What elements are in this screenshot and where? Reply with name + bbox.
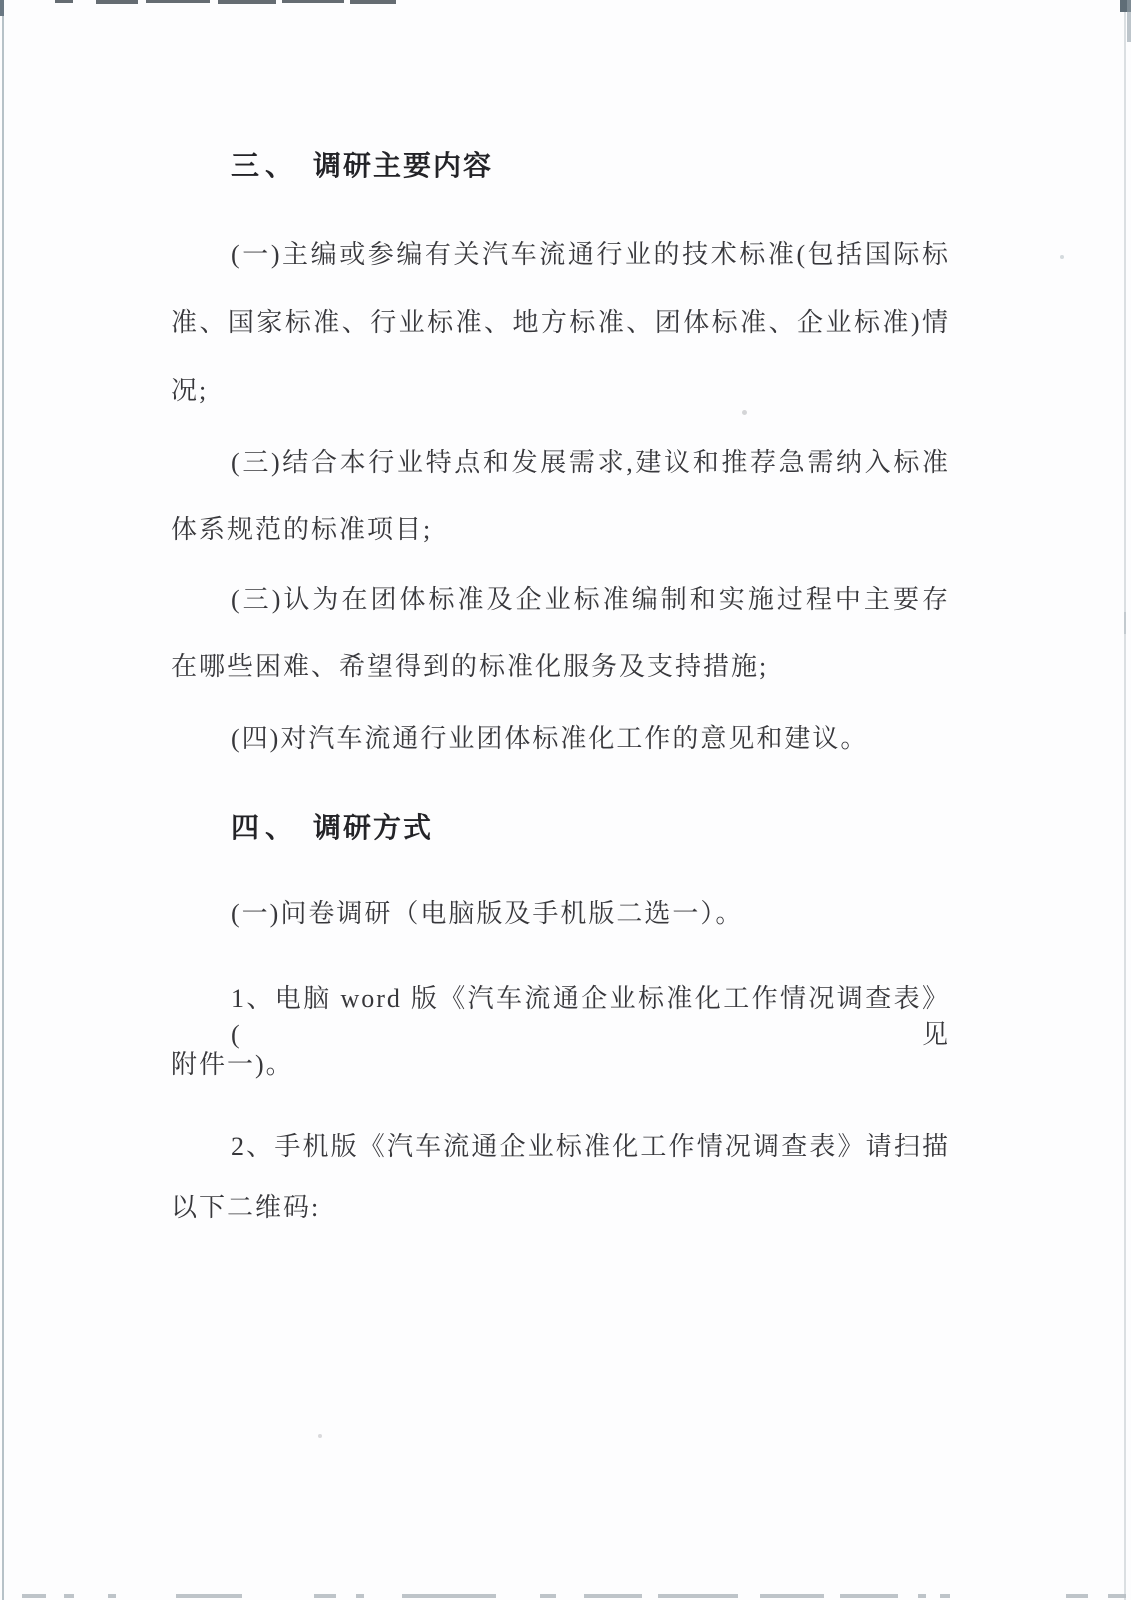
scan-artifact-bottom-fragment <box>840 1594 898 1598</box>
scan-artifact-top-fragment <box>96 0 138 4</box>
paragraph-line: 况; <box>171 373 950 409</box>
scan-artifact-bottom-fragment <box>64 1594 74 1598</box>
paragraph-line: 准、国家标准、行业标准、地方标准、团体标准、企业标准)情 <box>171 305 950 341</box>
scan-artifact-top-fragment <box>218 0 276 4</box>
scan-artifact-bottom-fragment <box>584 1594 642 1598</box>
scan-artifact-top-fragment <box>350 0 396 4</box>
scan-artifact-speck <box>318 1434 322 1438</box>
heading-number: 四、 <box>231 813 299 844</box>
scan-artifact-bottom-fragment <box>356 1594 364 1598</box>
scan-artifact-left-corner-mark <box>0 0 4 16</box>
paragraph-line: 在哪些困难、希望得到的标准化服务及支持措施; <box>171 649 950 685</box>
scan-artifact-top-fragment <box>146 0 210 3</box>
paragraph-line: 1、电脑 word 版《汽车流通企业标准化工作情况调查表》(见 <box>231 981 950 1053</box>
scan-artifact-bottom-fragment <box>108 1594 116 1598</box>
paragraph-line: 附件一)。 <box>171 1047 950 1083</box>
paragraph-line: (三)结合本行业特点和发展需求,建议和推荐急需纳入标准 <box>231 445 950 481</box>
document-page: 三、调研主要内容 (一)主编或参编有关汽车流通行业的技术标准(包括国际标 准、国… <box>0 0 1131 1600</box>
scan-artifact-bottom-fragment <box>314 1594 336 1598</box>
paragraph-line: (一)主编或参编有关汽车流通行业的技术标准(包括国际标 <box>231 237 950 273</box>
scan-artifact-right-edge-line <box>1124 0 1126 1600</box>
paragraph-line: (三)认为在团体标准及企业标准编制和实施过程中主要存 <box>231 582 950 618</box>
scan-artifact-bottom-fragment <box>658 1594 738 1598</box>
scan-artifact-bottom-fragment <box>1066 1594 1088 1598</box>
scan-artifact-top-fragment <box>282 0 344 3</box>
scan-artifact-top-fragment <box>55 0 73 3</box>
paragraph-line: 体系规范的标准项目; <box>171 512 950 548</box>
paragraph-line: (一)问卷调研（电脑版及手机版二选一）。 <box>231 896 950 932</box>
scan-artifact-bottom-fragment <box>540 1594 556 1598</box>
heading-title: 调研方式 <box>313 813 433 844</box>
scan-artifact-bottom-fragment <box>918 1594 926 1598</box>
heading-number: 三、 <box>231 151 299 182</box>
scan-artifact-speck <box>742 410 747 415</box>
paragraph-line: 以下二维码: <box>171 1190 950 1226</box>
scan-artifact-right-edge-segment <box>1124 612 1126 634</box>
scan-artifact-bottom-fragment <box>176 1594 242 1598</box>
scan-artifact-bottom-fragment <box>402 1594 496 1598</box>
scan-artifact-top-right-line <box>1127 0 1131 42</box>
scan-artifact-bottom-fragment <box>940 1594 950 1598</box>
heading-title: 调研主要内容 <box>313 151 493 182</box>
paragraph-line: (四)对汽车流通行业团体标准化工作的意见和建议。 <box>231 721 950 757</box>
scan-artifact-speck <box>1060 255 1064 259</box>
heading-survey-method: 四、调研方式 <box>231 811 950 847</box>
paragraph-line: 2、手机版《汽车流通企业标准化工作情况调查表》请扫描 <box>231 1129 950 1165</box>
heading-survey-content: 三、调研主要内容 <box>231 149 950 185</box>
scan-artifact-left-edge-line <box>2 0 4 1600</box>
scan-artifact-bottom-fragment <box>760 1594 824 1598</box>
scan-artifact-bottom-fragment <box>22 1594 46 1598</box>
scan-artifact-bottom-fragment <box>1108 1594 1126 1598</box>
